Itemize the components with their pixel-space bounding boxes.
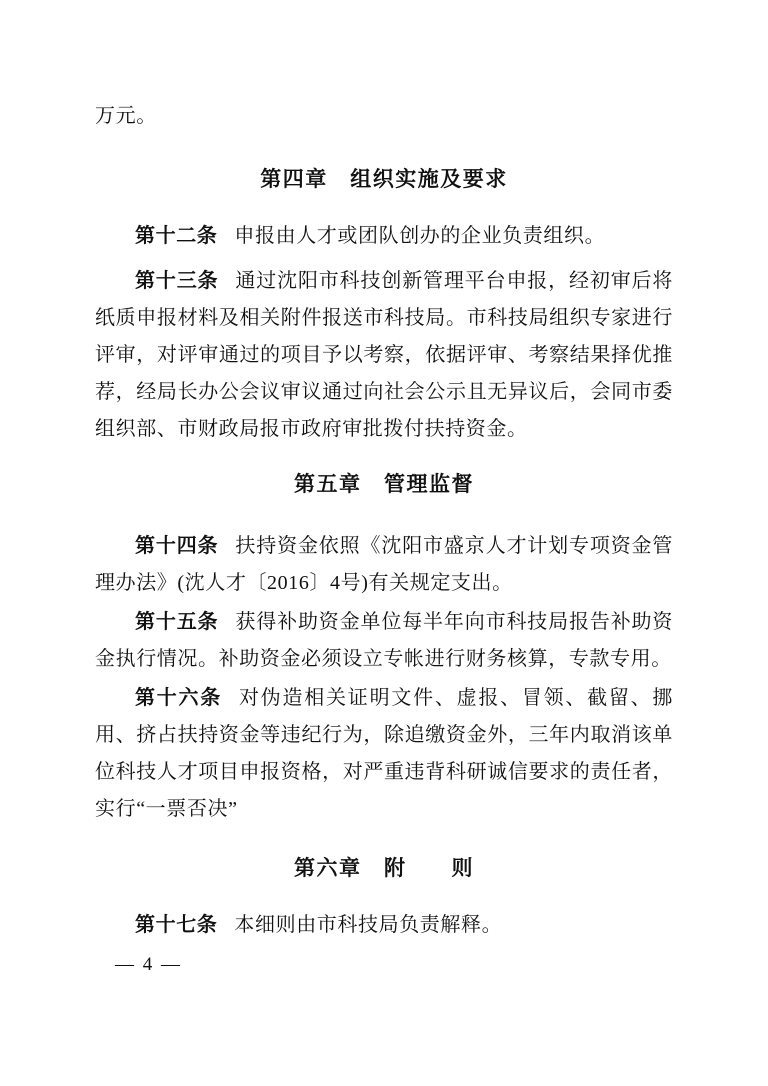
article-number-15: 第十五条 <box>135 611 235 633</box>
article-paragraph-15: 第十五条获得补助资金单位每半年向市科技局报告补助资金执行情况。补助资金必须设立专… <box>95 604 673 678</box>
article-number-14: 第十四条 <box>135 535 235 557</box>
document-page: 万元。 第四章 组织实施及要求 第十二条申报由人才或团队创办的企业负责组织。 第… <box>0 0 768 1086</box>
article-number-12: 第十二条 <box>135 225 234 247</box>
article-number-16: 第十六条 <box>135 687 239 709</box>
article-paragraph-13: 第十三条通过沈阳市科技创新管理平台申报，经初审后将纸质申报材料及相关附件报送市科… <box>95 263 673 448</box>
page-number: — 4 — <box>95 946 673 983</box>
article-number-13: 第十三条 <box>135 270 235 292</box>
chapter-heading-4: 第四章 组织实施及要求 <box>95 161 673 198</box>
article-text-12: 申报由人才或团队创办的企业负责组织。 <box>234 225 605 247</box>
article-paragraph-16: 第十六条对伪造相关证明文件、虚报、冒领、截留、挪用、挤占扶持资金等违纪行为，除追… <box>95 680 673 828</box>
article-text-13: 通过沈阳市科技创新管理平台申报，经初审后将纸质申报材料及相关附件报送市科技局。市… <box>95 270 673 440</box>
article-paragraph-12: 第十二条申报由人才或团队创办的企业负责组织。 <box>95 218 673 255</box>
article-number-17: 第十七条 <box>135 914 234 936</box>
paragraph-continuation: 万元。 <box>95 98 673 135</box>
chapter-heading-6: 第六章 附 则 <box>95 850 673 887</box>
article-paragraph-14: 第十四条扶持资金依照《沈阳市盛京人才计划专项资金管理办法》(沈人才〔2016〕4… <box>95 528 673 602</box>
chapter-heading-5: 第五章 管理监督 <box>95 466 673 503</box>
article-text-17: 本细则由市科技局负责解释。 <box>234 914 502 936</box>
article-paragraph-17: 第十七条本细则由市科技局负责解释。 <box>95 907 673 944</box>
